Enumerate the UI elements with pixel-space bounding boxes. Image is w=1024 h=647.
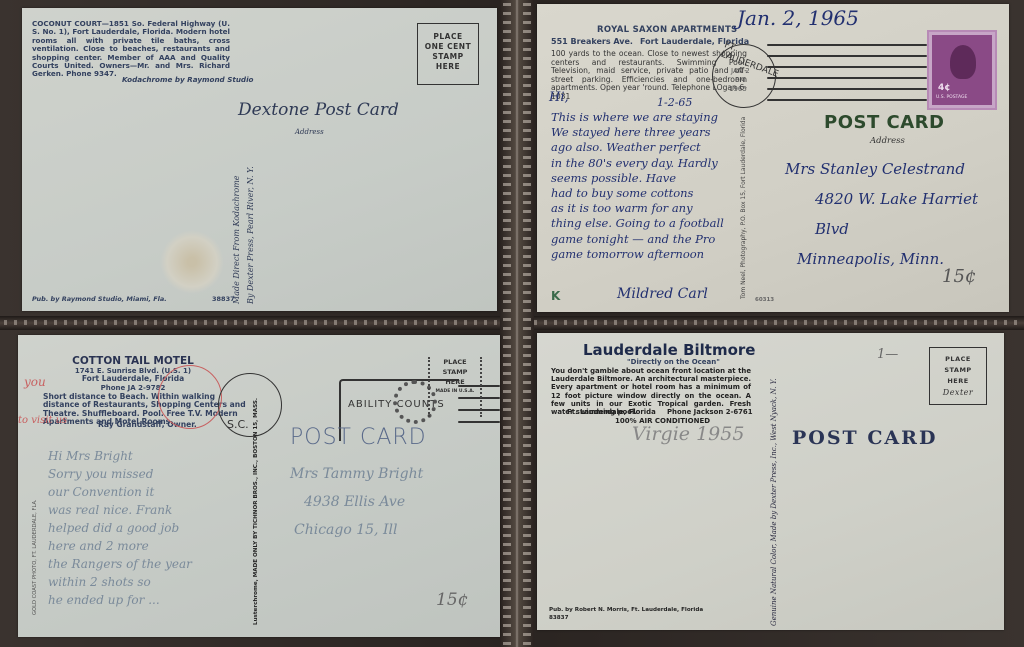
postage-stamp: 4¢ U.S. POSTAGE xyxy=(929,32,995,108)
address-label: Address xyxy=(295,128,324,136)
printer-credit-vertical: Made Direct From Kodachrome xyxy=(232,174,242,304)
sleeve-perforation-left xyxy=(503,0,511,647)
message-line: helped did a good job xyxy=(48,519,238,537)
message-line: he ended up for ... xyxy=(48,591,238,609)
stamp-box-line: MADE IN U.S.A. xyxy=(430,387,480,397)
handwritten-date: Jan. 2, 1965 xyxy=(737,6,859,30)
message-line: This is where we are staying xyxy=(551,110,731,125)
card-heading: Dextone Post Card xyxy=(238,100,399,120)
card-title: Lauderdale Biltmore xyxy=(583,341,755,359)
photo-credit-vertical: GOLD COAST PHOTO, FT. LAUDERDALE, FLA. xyxy=(32,475,38,615)
card-number: 60313 xyxy=(755,296,774,304)
dexter-logo: Dexter xyxy=(930,387,986,398)
cancellation-line xyxy=(458,421,500,423)
sleeve-perforation-right xyxy=(523,0,531,647)
postmark-city: FT. LAUDERDALE xyxy=(719,40,783,79)
stamp-box-line: STAMP xyxy=(430,367,480,377)
message-line: game tonight — and the Pro xyxy=(551,232,731,247)
stamp-box-line: HERE xyxy=(418,62,478,72)
handwritten-message: This is where we are staying We stayed h… xyxy=(551,110,731,262)
stamp-value: 4¢ xyxy=(938,83,951,93)
message-line: Hi Mrs Bright xyxy=(48,447,238,465)
kodachrome-logo-icon: K xyxy=(551,289,560,303)
recipient-line: Mrs Tammy Bright xyxy=(290,460,500,488)
red-note: you xyxy=(24,375,46,389)
stamp-box-line: ONE CENT xyxy=(418,42,478,52)
cancellation-wave xyxy=(767,77,927,79)
message-line: seems possible. Have xyxy=(551,171,731,186)
stamp-box: PLACE STAMP HERE MADE IN U.S.A. xyxy=(428,357,482,417)
printer-credit-vertical: By Dexter Press, Pearl River, N. Y. xyxy=(246,174,256,304)
card-title: COTTON TAIL MOTEL xyxy=(18,355,248,367)
card-title: ROYAL SAXON APARTMENTS xyxy=(597,26,737,34)
stamp-box-line: STAMP xyxy=(930,365,986,376)
postmark-date: JAN 2 xyxy=(731,67,750,75)
recipient-line: Mrs Stanley Celestrand xyxy=(785,154,1005,184)
card-credit: Kodachrome by Raymond Studio xyxy=(122,76,253,84)
red-note: to visit us xyxy=(18,415,67,426)
stamp-box-line: STAMP xyxy=(418,52,478,62)
printer-credit-line: By Dexter Press, Pearl River, N. Y. xyxy=(246,166,255,304)
postcard-lauderdale-biltmore: Lauderdale Biltmore "Directly on the Oce… xyxy=(537,333,1004,630)
stain-mark xyxy=(160,230,224,294)
cancellation-wave xyxy=(767,66,927,68)
message-line: as it is too warm for any xyxy=(551,201,731,216)
recipient-address: Mrs Stanley Celestrand 4820 W. Lake Harr… xyxy=(785,154,1005,274)
stamp-box-line: HERE xyxy=(930,376,986,387)
printer-credit-line: Made Direct From Kodachrome xyxy=(232,175,241,304)
message-line: our Convention it xyxy=(48,483,238,501)
handwritten-message: Hi Mrs Bright Sorry you missed our Conve… xyxy=(48,447,238,609)
postmark-state: S.C. xyxy=(227,418,249,431)
message-date: 1-2-65 xyxy=(657,96,692,109)
postcard-royal-saxon: ROYAL SAXON APARTMENTS 551 Breakers Ave.… xyxy=(537,4,1009,312)
cancellation-wave xyxy=(767,44,927,46)
recipient-line: Chicago 15, Ill xyxy=(290,516,500,544)
lincoln-portrait-icon xyxy=(950,45,976,79)
pencil-mark: 1— xyxy=(877,347,898,362)
recipient-address: Mrs Tammy Bright 4938 Ellis Ave Chicago … xyxy=(290,460,500,544)
postcard-cotton-tail: COTTON TAIL MOTEL 1741 E. Sunrise Blvd. … xyxy=(18,335,500,637)
publisher: Pub. by Raymond Studio, Miami, Fla. xyxy=(32,295,167,303)
recipient-line: 4938 Ellis Ave xyxy=(290,488,500,516)
stamp-label: U.S. POSTAGE xyxy=(936,95,967,100)
photographer-credit-vertical: Tom Neel, Photography, P.O. Box 15, Fort… xyxy=(740,134,747,299)
cancellation-wave xyxy=(767,99,927,101)
stamp-box-line: PLACE xyxy=(930,354,986,365)
card-heading: POST CARD xyxy=(824,112,944,133)
recipient-line: 4820 W. Lake Harriet Blvd xyxy=(785,184,1005,244)
message-line: in the 80's every day. Hardly xyxy=(551,156,731,171)
postmark: S.C. xyxy=(218,373,282,437)
message-line: We stayed here three years xyxy=(551,125,731,140)
publisher: Pub. by Robert N. Morris, Ft. Lauderdale… xyxy=(549,606,703,614)
card-heading: POST CARD xyxy=(290,425,427,450)
meter-postmark-red xyxy=(158,365,222,429)
card-description: COCONUT COURT—1851 So. Federal Highway (… xyxy=(32,20,230,79)
printer-credit-vertical: Genuine Natural Color, Made by Dexter Pr… xyxy=(770,341,778,626)
message-line: ago also. Weather perfect xyxy=(551,140,731,155)
cancellation-wave xyxy=(767,55,927,57)
card-number: 38837 xyxy=(212,295,235,303)
stamp-box-line: PLACE xyxy=(418,32,478,42)
message-line: game tomorrow afternoon xyxy=(551,247,731,262)
card-tagline: "Directly on the Ocean" xyxy=(627,358,720,366)
address-label: Address xyxy=(870,136,905,146)
postmark-year: 1965 xyxy=(729,85,747,93)
handwritten-note: Virgie 1955 xyxy=(632,423,744,445)
card-number: 83837 xyxy=(549,614,568,622)
printer-credit-vertical: Lusterchrome, MADE ONLY BY TICHNOR BROS.… xyxy=(253,345,259,625)
card-address: 551 Breakers Ave. xyxy=(551,38,633,46)
message-line: was real nice. Frank xyxy=(48,501,238,519)
stamp-box: PLACE STAMP HERE Dexter xyxy=(929,347,987,405)
message-line: within 2 shots so xyxy=(48,573,238,591)
postcard-coconut-court: COCONUT COURT—1851 So. Federal Highway (… xyxy=(22,8,497,311)
message-line: here and 2 more xyxy=(48,537,238,555)
message-line: the Rangers of the year xyxy=(48,555,238,573)
cancellation-wave xyxy=(767,88,927,90)
price-mark: 15¢ xyxy=(942,266,976,287)
signature: Mildred Carl xyxy=(617,286,708,302)
postmark-time: PM xyxy=(735,76,745,84)
message-greeting: Hi, xyxy=(549,90,569,105)
card-city: Ft. Lauderdale, Florida xyxy=(567,408,656,416)
message-line: thing else. Going to a football xyxy=(551,216,731,231)
price-mark: 15¢ xyxy=(436,590,468,610)
card-heading: POST CARD xyxy=(792,427,937,449)
message-line: Sorry you missed xyxy=(48,465,238,483)
message-line: had to buy some cottons xyxy=(551,186,731,201)
stamp-box-line: HERE xyxy=(430,377,480,387)
stamp-box-line: PLACE xyxy=(430,357,480,367)
stamp-box: PLACE ONE CENT STAMP HERE xyxy=(417,23,479,85)
card-phone: Phone Jackson 2-6761 xyxy=(667,408,753,416)
